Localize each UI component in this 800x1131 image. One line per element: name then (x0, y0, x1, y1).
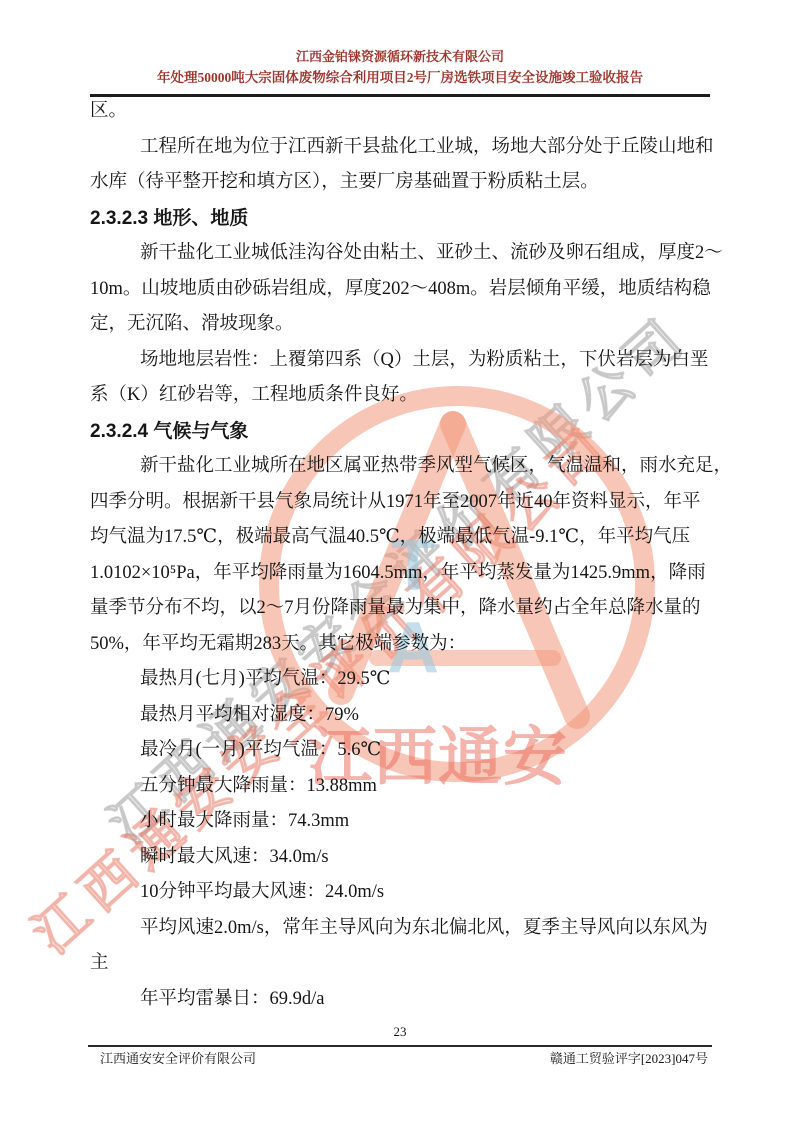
header-company-name: 江西金铂铼资源循环新技术有限公司 (90, 48, 710, 66)
footer-company-name: 江西通安安全评价有限公司 (100, 1050, 256, 1068)
page-number: 23 (0, 1023, 800, 1041)
text-line: 新干盐化工业城低洼沟谷处由粘土、亚砂土、流砂及卵石组成，厚度2～ (90, 236, 712, 272)
text-line: 场地地层岩性：上覆第四系（Q）土层，为粉质粘土，下伏岩层为白垩 (90, 343, 712, 379)
text-line: 量季节分布不均，以2～7月份降雨量最为集中，降水量约占全年总降水量的 (90, 591, 712, 627)
footer-doc-number: 赣通工贸验评字[2023]047号 (550, 1050, 708, 1068)
text-line: 五分钟最大降雨量：13.88mm (90, 769, 712, 805)
text-line: 小时最大降雨量：74.3mm (90, 804, 712, 840)
text-line: 瞬时最大风速：34.0m/s (90, 840, 712, 876)
text-line: 平均风速2.0m/s，常年主导风向为东北偏北风，夏季主导风向以东风为 (90, 911, 712, 947)
text-line: 10分钟平均最大风速：24.0m/s (90, 875, 712, 911)
section-heading: 2.3.2.4 气候与气象 (90, 414, 712, 450)
text-line: 四季分明。根据新干县气象局统计从1971年至2007年近40年资料显示，年平 (90, 485, 712, 521)
text-line: 最热月(七月)平均气温：29.5℃ (90, 662, 712, 698)
text-line: 定，无沉陷、滑坡现象。 (90, 307, 712, 343)
text-line: 主 (90, 946, 712, 982)
footer-rule (88, 1045, 712, 1047)
text-line: 最热月平均相对湿度：79% (90, 698, 712, 734)
text-line: 系（K）红砂岩等，工程地质条件良好。 (90, 378, 712, 414)
header-report-title: 年处理50000吨大宗固体废物综合利用项目2号厂房选铁项目安全设施竣工验收报告 (90, 68, 710, 88)
text-line: 年平均雷暴日：69.9d/a (90, 982, 712, 1018)
text-line: 水库（待平整开挖和填方区），主要厂房基础置于粉质粘土层。 (90, 165, 712, 201)
text-line: 新干盐化工业城所在地区属亚热带季风型气候区，气温温和，雨水充足， (90, 449, 712, 485)
text-line: 50%，年平均无霜期283天。其它极端参数为： (90, 627, 712, 663)
text-line: 工程所在地为位于江西新干县盐化工业城，场地大部分处于丘陵山地和 (90, 130, 712, 166)
text-line: 10m。山坡地质由砂砾岩组成，厚度202～408m。岩层倾角平缓，地质结构稳 (90, 272, 712, 308)
text-line: 1.0102×10⁵Pa，年平均降雨量为1604.5mm，年平均蒸发量为1425… (90, 556, 712, 592)
section-heading: 2.3.2.3 地形、地质 (90, 201, 712, 237)
document-body: 区。工程所在地为位于江西新干县盐化工业城，场地大部分处于丘陵山地和水库（待平整开… (90, 94, 712, 1017)
document-page: 江西通安安全评价有限公司 江西通安安全评价有限公司 T A 江西通安 江西金铂铼… (0, 0, 800, 1131)
text-line: 区。 (90, 94, 712, 130)
text-line: 均气温为17.5℃，极端最高气温40.5℃，极端最低气温-9.1℃，年平均气压 (90, 520, 712, 556)
text-line: 最冷月(一月)平均气温：5.6℃ (90, 733, 712, 769)
